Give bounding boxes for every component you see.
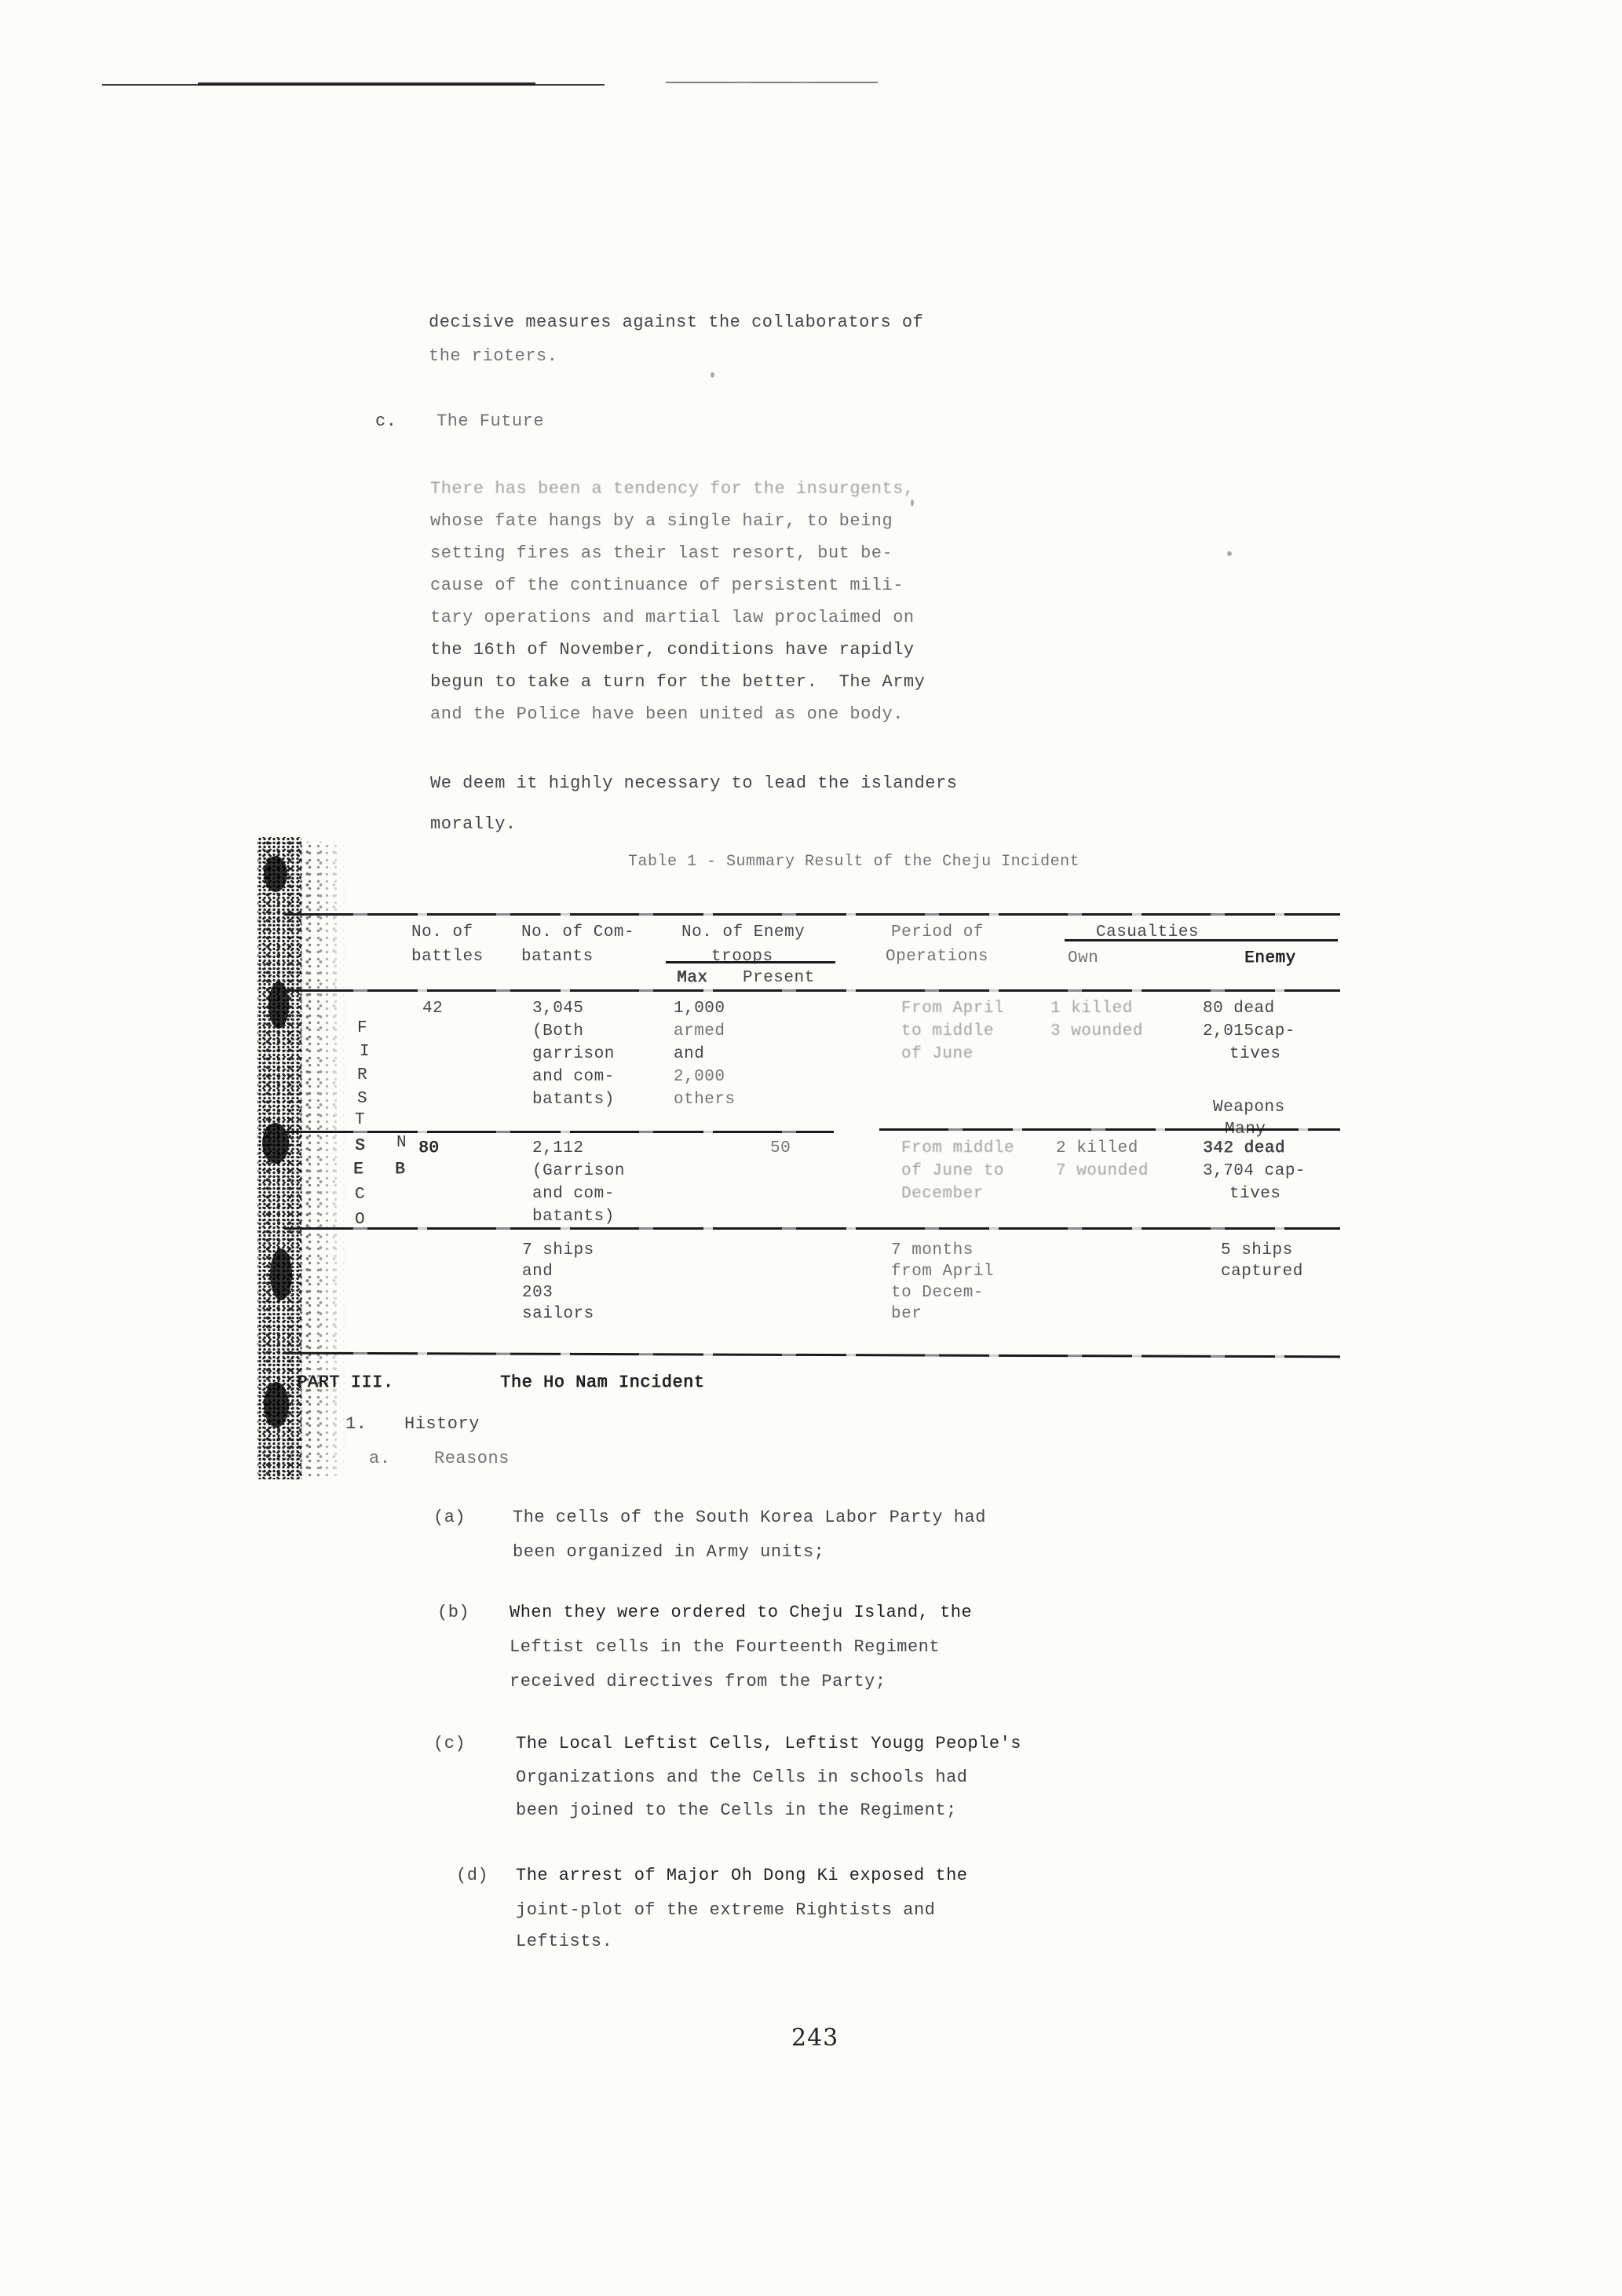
paragraph-line: morally. <box>430 814 517 835</box>
cell-combatants-line: garrison <box>532 1044 615 1064</box>
table-rule-row2 <box>284 1227 1340 1230</box>
cell-period-line: to Decem- <box>891 1283 984 1303</box>
list-label: (c) <box>433 1734 466 1754</box>
scan-artifact <box>711 372 714 378</box>
row-label-letter: S <box>355 1137 365 1155</box>
header-period: Operations <box>886 947 988 967</box>
paragraph-line: and the Police have been united as one b… <box>430 704 904 725</box>
table-title: Table 1 - Summary Result of the Cheju In… <box>628 853 1080 872</box>
cell-own-line: 2 killed <box>1056 1139 1138 1158</box>
row-label-letter: C <box>355 1186 365 1204</box>
paragraph-line: begun to take a turn for the better. The… <box>430 672 925 693</box>
list-line: joint-plot of the extreme Rightists and <box>516 1900 935 1921</box>
header-max: Max <box>677 968 707 988</box>
cell-enemy-max-line: 2,000 <box>674 1067 725 1087</box>
list-label: (d) <box>456 1866 488 1886</box>
cell-period-line: From middle <box>901 1139 1014 1158</box>
cell-combatants-line: 2,112 <box>532 1139 584 1158</box>
table-rule-top <box>284 913 1340 916</box>
cell-enemy-cas-line: 5 ships <box>1221 1241 1293 1260</box>
list-label: (a) <box>433 1508 466 1528</box>
cell-period-line: 7 months <box>891 1241 974 1260</box>
scan-noise-blob <box>270 1249 292 1300</box>
page-number: 243 <box>791 2024 838 2053</box>
header-enemy: Enemy <box>1244 949 1296 968</box>
cell-combatants-line: (Both <box>532 1022 584 1041</box>
list-line: been joined to the Cells in the Regiment… <box>516 1801 957 1821</box>
cell-combatants-line: batants) <box>532 1090 615 1110</box>
cell-enemy-max-line: armed <box>674 1022 725 1041</box>
cell-combatants-line: 3,045 <box>532 999 584 1018</box>
cell-enemy-cas-line: 342 dead <box>1203 1139 1285 1158</box>
cell-combatants-line: (Garrison <box>532 1161 625 1181</box>
paragraph-line: the 16th of November, conditions have ra… <box>430 640 915 660</box>
cell-period-line: from April <box>891 1262 994 1281</box>
cell-enemy-cas-line: 3,704 cap- <box>1203 1161 1306 1181</box>
list-line: The Local Leftist Cells, Leftist Yougg P… <box>516 1734 1021 1754</box>
section-label: c. <box>375 411 396 432</box>
list-line: Leftists. <box>516 1932 612 1952</box>
cell-period-line: From April <box>901 999 1004 1018</box>
cell-own-line: 1 killed <box>1050 999 1133 1018</box>
header-period: Period of <box>891 923 984 942</box>
cell-combatants-line: 7 ships <box>522 1241 594 1260</box>
cell-enemy-max-line: and <box>674 1044 704 1064</box>
list-letter-title: Reasons <box>434 1449 510 1469</box>
header-enemy-troops: troops <box>711 947 773 967</box>
cell-period-line: ber <box>891 1304 922 1324</box>
cell-period-line: of June to <box>901 1161 1004 1181</box>
list-number-title: History <box>404 1414 480 1435</box>
list-line: Organizations and the Cells in schools h… <box>516 1768 968 1788</box>
cell-enemy-note-line: Many <box>1225 1120 1266 1139</box>
table-rule-row1-left <box>284 1131 834 1133</box>
paragraph-line: the rioters. <box>429 346 557 367</box>
row-label-stray: N <box>396 1134 407 1152</box>
top-rule-overlay <box>198 82 535 86</box>
cell-combatants-line: and com- <box>532 1184 615 1204</box>
cell-own-line: 3 wounded <box>1050 1022 1143 1041</box>
list-number-label: 1. <box>345 1414 367 1435</box>
header-battles: No. of <box>411 923 473 942</box>
cell-enemy-cas-line: 2,015cap- <box>1203 1022 1295 1041</box>
scan-noise-blob <box>264 1382 289 1428</box>
paragraph-line: cause of the continuance of persistent m… <box>430 576 904 596</box>
scan-noise-blob <box>262 1123 289 1164</box>
row-label-letter: S <box>357 1090 367 1108</box>
row-label-letter: T <box>355 1111 365 1129</box>
scan-artifact <box>911 499 914 506</box>
paragraph-line: tary operations and martial law proclaim… <box>430 608 915 628</box>
cell-enemy-note-line: Weapons <box>1213 1098 1285 1117</box>
list-line: Leftist cells in the Fourteenth Regiment <box>510 1637 940 1658</box>
row-label-stray: B <box>395 1161 405 1179</box>
paragraph-line: setting fires as their last resort, but … <box>430 543 893 564</box>
section-title: The Future <box>437 411 544 432</box>
list-line: The cells of the South Korea Labor Party… <box>513 1508 986 1528</box>
row-label-letter: E <box>353 1161 363 1179</box>
cell-enemy-cas-line: tives <box>1229 1184 1281 1204</box>
list-line: When they were ordered to Cheju Island, … <box>510 1603 972 1623</box>
cell-combatants-line: and <box>522 1262 553 1281</box>
header-casualties: Casualties <box>1096 923 1199 942</box>
header-present: Present <box>743 968 815 988</box>
list-line: been organized in Army units; <box>513 1542 824 1563</box>
cell-battles: 42 <box>422 999 443 1018</box>
table-rule-header-bottom <box>284 989 1340 992</box>
header-enemy-troops: No. of Enemy <box>681 923 805 942</box>
cell-combatants-line: and com- <box>532 1067 615 1087</box>
table-rule-row1-right <box>879 1128 1340 1131</box>
scan-noise-blob <box>269 982 289 1029</box>
top-rule-right <box>666 82 878 83</box>
cell-enemy-max-line: others <box>674 1090 736 1110</box>
cell-combatants-line: 203 <box>522 1283 553 1303</box>
paragraph-line: There has been a tendency for the insurg… <box>430 479 915 499</box>
header-combatants: batants <box>521 947 594 967</box>
part-heading-label: PART III. <box>297 1373 393 1393</box>
cell-period-line: of June <box>901 1044 974 1064</box>
list-letter-label: a. <box>369 1449 390 1469</box>
row-label-letter: F <box>357 1019 367 1037</box>
cell-enemy-max-line: 1,000 <box>674 999 725 1018</box>
cell-enemy-cas-line: captured <box>1221 1262 1303 1281</box>
list-line: received directives from the Party; <box>510 1672 886 1692</box>
cell-own-line: 7 wounded <box>1056 1161 1149 1181</box>
row-label-letter: I <box>360 1043 370 1061</box>
scan-artifact <box>1227 551 1232 556</box>
paragraph-line: whose fate hangs by a single hair, to be… <box>430 511 893 532</box>
row-label-letter: R <box>357 1066 367 1084</box>
list-label: (b) <box>437 1603 469 1623</box>
scan-noise-blob <box>264 856 287 892</box>
header-combatants: No. of Com- <box>521 923 634 942</box>
table-rule-bottom <box>284 1352 1340 1358</box>
cell-enemy-present: 50 <box>770 1139 791 1158</box>
cell-combatants-line: sailors <box>522 1304 594 1324</box>
paragraph-line: We deem it highly necessary to lead the … <box>430 773 957 794</box>
part-heading-title: The Ho Nam Incident <box>500 1373 704 1393</box>
cell-period-line: to middle <box>901 1022 994 1041</box>
paragraph-line: decisive measures against the collaborat… <box>429 313 923 333</box>
header-battles: battles <box>411 947 484 967</box>
cell-battles: 80 <box>418 1139 439 1158</box>
row-label-letter: O <box>355 1211 365 1229</box>
cell-enemy-cas-line: tives <box>1229 1044 1281 1064</box>
header-own: Own <box>1068 949 1098 968</box>
cell-enemy-cas-line: 80 dead <box>1203 999 1275 1018</box>
scan-page: decisive measures against the collaborat… <box>0 0 1622 2296</box>
cell-combatants-line: batants) <box>532 1207 615 1227</box>
cell-period-line: December <box>901 1184 984 1204</box>
list-line: The arrest of Major Oh Dong Ki exposed t… <box>516 1866 968 1886</box>
